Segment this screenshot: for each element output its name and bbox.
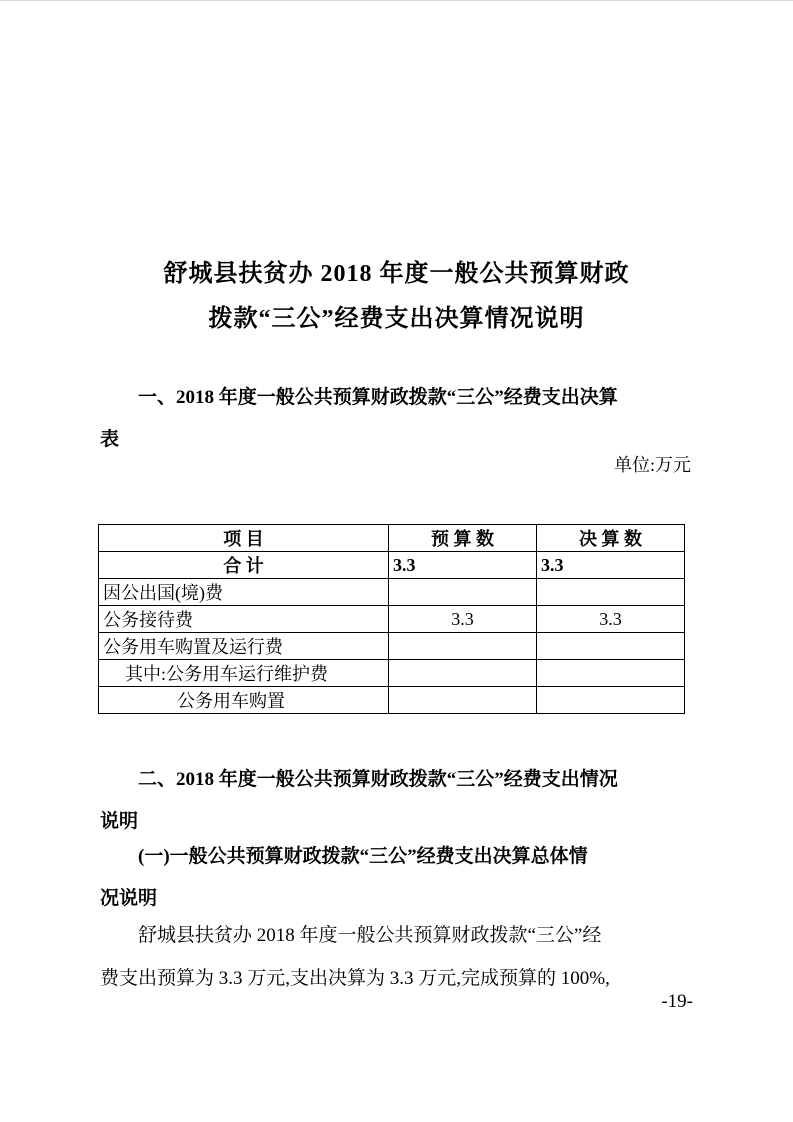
row-vehicle-total-label: 公务用车购置及运行费: [99, 633, 389, 660]
document-title-line-1: 舒城县扶贫办 2018 年度一般公共预算财政: [100, 252, 693, 297]
row-total-final: 3.3: [537, 552, 685, 579]
section-1-heading-line-1: 一、2018 年度一般公共预算财政拨款“三公”经费支出决算: [100, 377, 696, 419]
section-2-heading-line-1: 二、2018 年度一般公共预算财政拨款“三公”经费支出情况: [100, 759, 696, 801]
row-abroad-label: 因公出国(境)费: [99, 579, 389, 606]
body-paragraph-line-1: 舒城县扶贫办 2018 年度一般公共预算财政拨款“三公”经: [100, 914, 696, 957]
row-vehicle-total-final: [537, 633, 685, 660]
table-header-row: 项 目 预 算 数 决 算 数: [99, 525, 685, 552]
row-vehicle-operation-final: [537, 660, 685, 687]
row-reception-label: 公务接待费: [99, 606, 389, 633]
row-total-label: 合 计: [99, 552, 389, 579]
header-budget: 预 算 数: [389, 525, 537, 552]
table-row-reception: 公务接待费 3.3 3.3: [99, 606, 685, 633]
section-2-1-subheading: (一)一般公共预算财政拨款“三公”经费支出决算总体情 况说明: [100, 836, 696, 920]
row-reception-budget: 3.3: [389, 606, 537, 633]
three-public-funds-table: 项 目 预 算 数 决 算 数 合 计 3.3 3.3 因公出国(境)费 公务接…: [98, 524, 685, 714]
table-row-vehicle-total: 公务用车购置及运行费: [99, 633, 685, 660]
row-vehicle-operation-budget: [389, 660, 537, 687]
table-row-abroad: 因公出国(境)费: [99, 579, 685, 606]
row-vehicle-purchase-final: [537, 687, 685, 714]
row-vehicle-operation-label: 其中:公务用车运行维护费: [99, 660, 389, 687]
row-total-budget: 3.3: [389, 552, 537, 579]
body-paragraph: 舒城县扶贫办 2018 年度一般公共预算财政拨款“三公”经 费支出预算为 3.3…: [100, 914, 696, 1000]
page-number: -19-: [100, 991, 693, 1013]
row-reception-final: 3.3: [537, 606, 685, 633]
document-title-line-2: 拨款“三公”经费支出决算情况说明: [100, 297, 693, 342]
table-row-vehicle-operation: 其中:公务用车运行维护费: [99, 660, 685, 687]
row-vehicle-purchase-budget: [389, 687, 537, 714]
header-final: 决 算 数: [537, 525, 685, 552]
document-title: 舒城县扶贫办 2018 年度一般公共预算财政 拨款“三公”经费支出决算情况说明: [100, 252, 693, 342]
row-abroad-budget: [389, 579, 537, 606]
header-item: 项 目: [99, 525, 389, 552]
row-abroad-final: [537, 579, 685, 606]
section-2-heading: 二、2018 年度一般公共预算财政拨款“三公”经费支出情况 说明: [100, 759, 696, 843]
section-2-1-subheading-line-1: (一)一般公共预算财政拨款“三公”经费支出决算总体情: [100, 836, 696, 878]
section-1-heading: 一、2018 年度一般公共预算财政拨款“三公”经费支出决算 表: [100, 377, 696, 461]
document-page: 舒城县扶贫办 2018 年度一般公共预算财政 拨款“三公”经费支出决算情况说明 …: [0, 0, 793, 1122]
row-vehicle-purchase-label: 公务用车购置: [99, 687, 389, 714]
row-vehicle-total-budget: [389, 633, 537, 660]
table-row-total: 合 计 3.3 3.3: [99, 552, 685, 579]
table-row-vehicle-purchase: 公务用车购置: [99, 687, 685, 714]
unit-label: 单位:万元: [100, 453, 693, 477]
